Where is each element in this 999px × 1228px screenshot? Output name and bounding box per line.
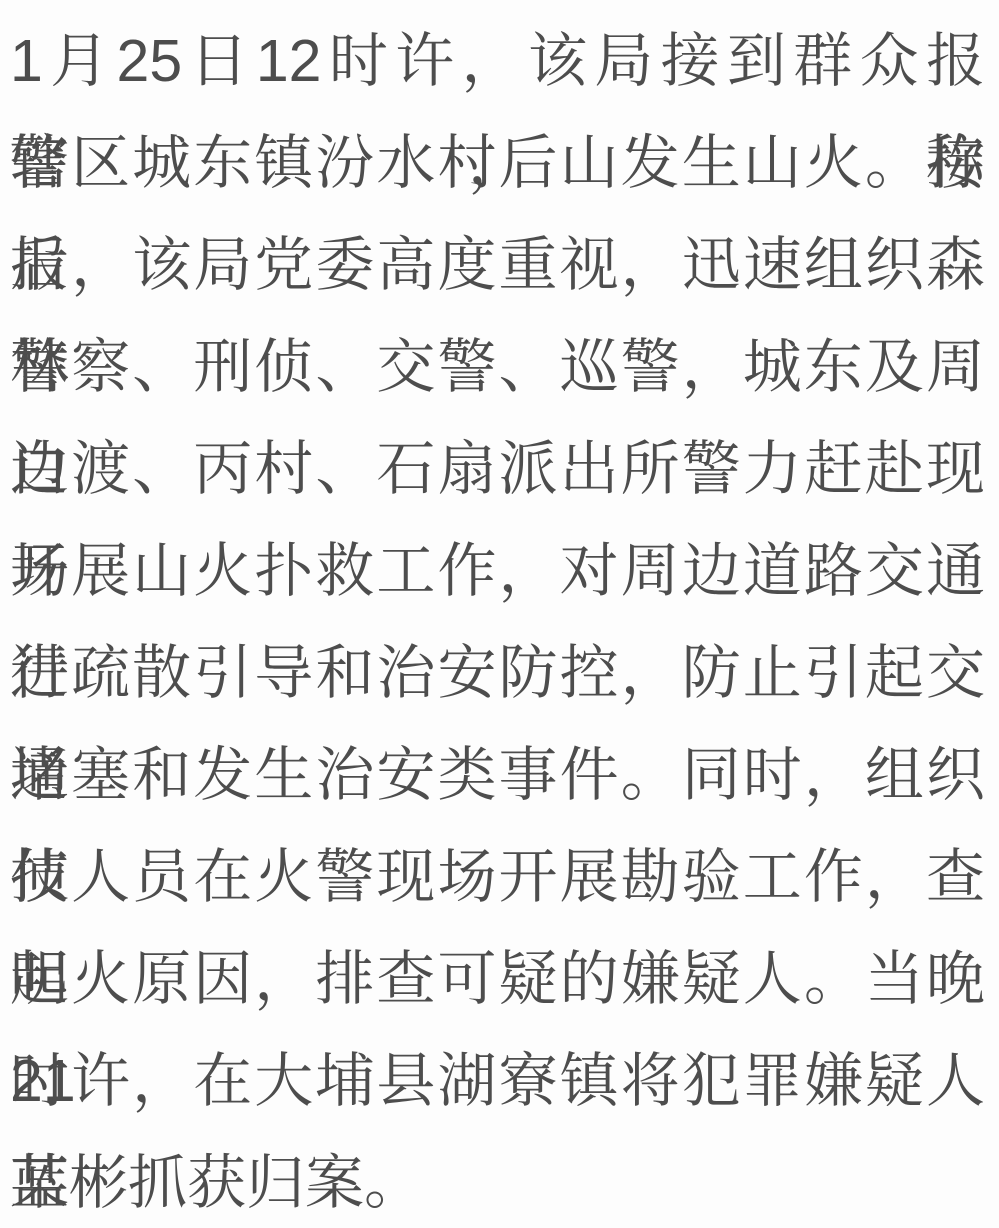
paragraph-line: 开展山火扑救工作，对周边道路交通进 xyxy=(10,520,985,622)
paragraph-line: 警察、刑侦、交警、巡警，城东及周边 xyxy=(10,316,985,418)
paragraph-line: 侦人员在火警现场开展勘验工作，查明 xyxy=(10,826,985,928)
paragraph-line: 堵塞和发生治安类事件。同时，组织技 xyxy=(10,724,985,826)
paragraph-line: 1月25日12时许，该局接到群众报警，称 xyxy=(10,10,985,112)
paragraph-line-last: 某彬抓获归案。 xyxy=(10,1132,985,1228)
paragraph-line: 白渡、丙村、石扇派出所警力赶赴现场 xyxy=(10,418,985,520)
paragraph-line: 辖区城东镇汾水村后山发生山火。接报 xyxy=(10,112,985,214)
paragraph-line: 行疏散引导和治安防控，防止引起交通 xyxy=(10,622,985,724)
paragraph-line: 起火原因，排查可疑的嫌疑人。当晚21 xyxy=(10,928,985,1030)
article-body: 1月25日12时许，该局接到群众报警，称 辖区城东镇汾水村后山发生山火。接报 后… xyxy=(0,0,999,1228)
paragraph-line: 时许，在大埔县湖寮镇将犯罪嫌疑人蓝 xyxy=(10,1030,985,1132)
paragraph-line: 后，该局党委高度重视，迅速组织森林 xyxy=(10,214,985,316)
